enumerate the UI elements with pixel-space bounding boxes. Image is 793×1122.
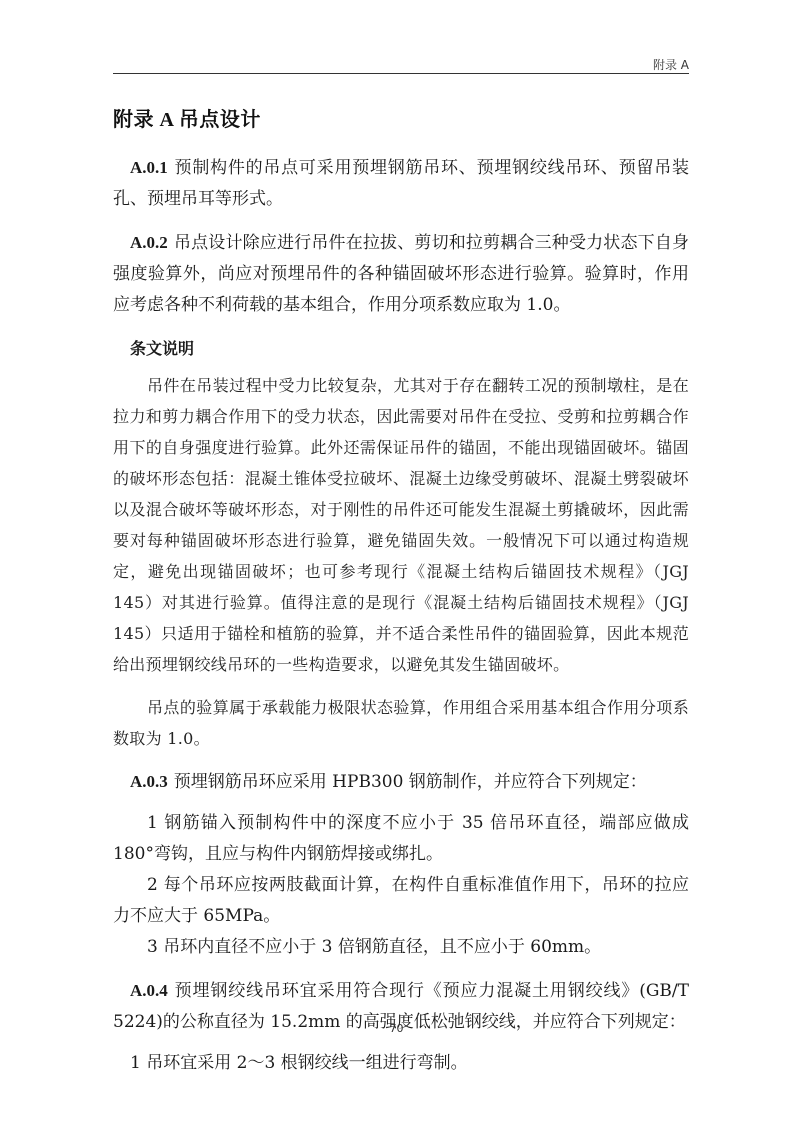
item-number: 3 <box>147 937 158 957</box>
clause-number: A.0.4 <box>130 981 168 1000</box>
item-text: 吊环宜采用 2～3 根钢绞线一组进行弯制。 <box>146 1053 467 1073</box>
clause-number: A.0.3 <box>130 772 168 791</box>
appendix-body: A.0.1预制构件的吊点可采用预埋钢筋吊环、预埋钢绞线吊环、预留吊装孔、预埋吊耳… <box>113 152 689 1079</box>
clause-a02: A.0.2吊点设计除应进行吊件在拉拔、剪切和拉剪耦合三种受力状态下自身强度验算外… <box>113 227 689 321</box>
appendix-title-prefix: 附录 <box>113 107 154 131</box>
clause-a03-item-3: 3 吊环内直径不应小于 3 倍钢筋直径，且不应小于 60mm。 <box>113 932 689 963</box>
explanation-paragraph: 吊件在吊装过程中受力比较复杂，尤其对于存在翻转工况的预制墩柱，是在拉力和剪力耦合… <box>113 370 689 680</box>
item-number: 1 <box>130 1053 141 1073</box>
clause-a03-item-2: 2 每个吊环应按两肢截面计算，在构件自重标准值作用下，吊环的拉应力不应大于 65… <box>113 870 689 932</box>
clause-text: 吊点设计除应进行吊件在拉拔、剪切和拉剪耦合三种受力状态下自身强度验算外，尚应对预… <box>113 233 689 315</box>
clause-a04-item-1: 1 吊环宜采用 2～3 根钢绞线一组进行弯制。 <box>113 1048 689 1079</box>
explanation-heading: 条文说明 <box>113 333 689 364</box>
item-number: 2 <box>147 875 158 895</box>
clause-number: A.0.1 <box>130 158 168 177</box>
appendix-title-text: 吊点设计 <box>179 107 261 131</box>
explanation-paragraph: 吊点的验算属于承载能力极限状态验算，作用组合采用基本组合作用分项系数取为 1.0… <box>113 692 689 754</box>
item-text: 吊环内直径不应小于 3 倍钢筋直径，且不应小于 60mm。 <box>163 937 601 957</box>
appendix-title-letter: A <box>154 109 179 131</box>
appendix-title: 附录 A 吊点设计 <box>113 103 261 132</box>
clause-text: 预制构件的吊点可采用预埋钢筋吊环、预埋钢绞线吊环、预留吊装孔、预埋吊耳等形式。 <box>113 158 689 209</box>
clause-a03-item-1: 1 钢筋锚入预制构件中的深度不应小于 35 倍吊环直径，端部应做成 180°弯钩… <box>113 808 689 870</box>
clause-number: A.0.2 <box>130 233 168 252</box>
running-header: 附录 A <box>653 56 689 73</box>
page-number: 70 <box>0 1022 793 1035</box>
clause-a01: A.0.1预制构件的吊点可采用预埋钢筋吊环、预埋钢绞线吊环、预留吊装孔、预埋吊耳… <box>113 152 689 215</box>
header-rule <box>113 73 689 74</box>
clause-text: 预埋钢筋吊环应采用 HPB300 钢筋制作，并应符合下列规定： <box>174 772 647 792</box>
item-text: 每个吊环应按两肢截面计算，在构件自重标准值作用下，吊环的拉应力不应大于 65MP… <box>113 875 689 926</box>
clause-a03: A.0.3预埋钢筋吊环应采用 HPB300 钢筋制作，并应符合下列规定： <box>113 766 689 798</box>
item-text: 钢筋锚入预制构件中的深度不应小于 35 倍吊环直径，端部应做成 180°弯钩，且… <box>113 813 689 864</box>
item-number: 1 <box>147 813 158 833</box>
